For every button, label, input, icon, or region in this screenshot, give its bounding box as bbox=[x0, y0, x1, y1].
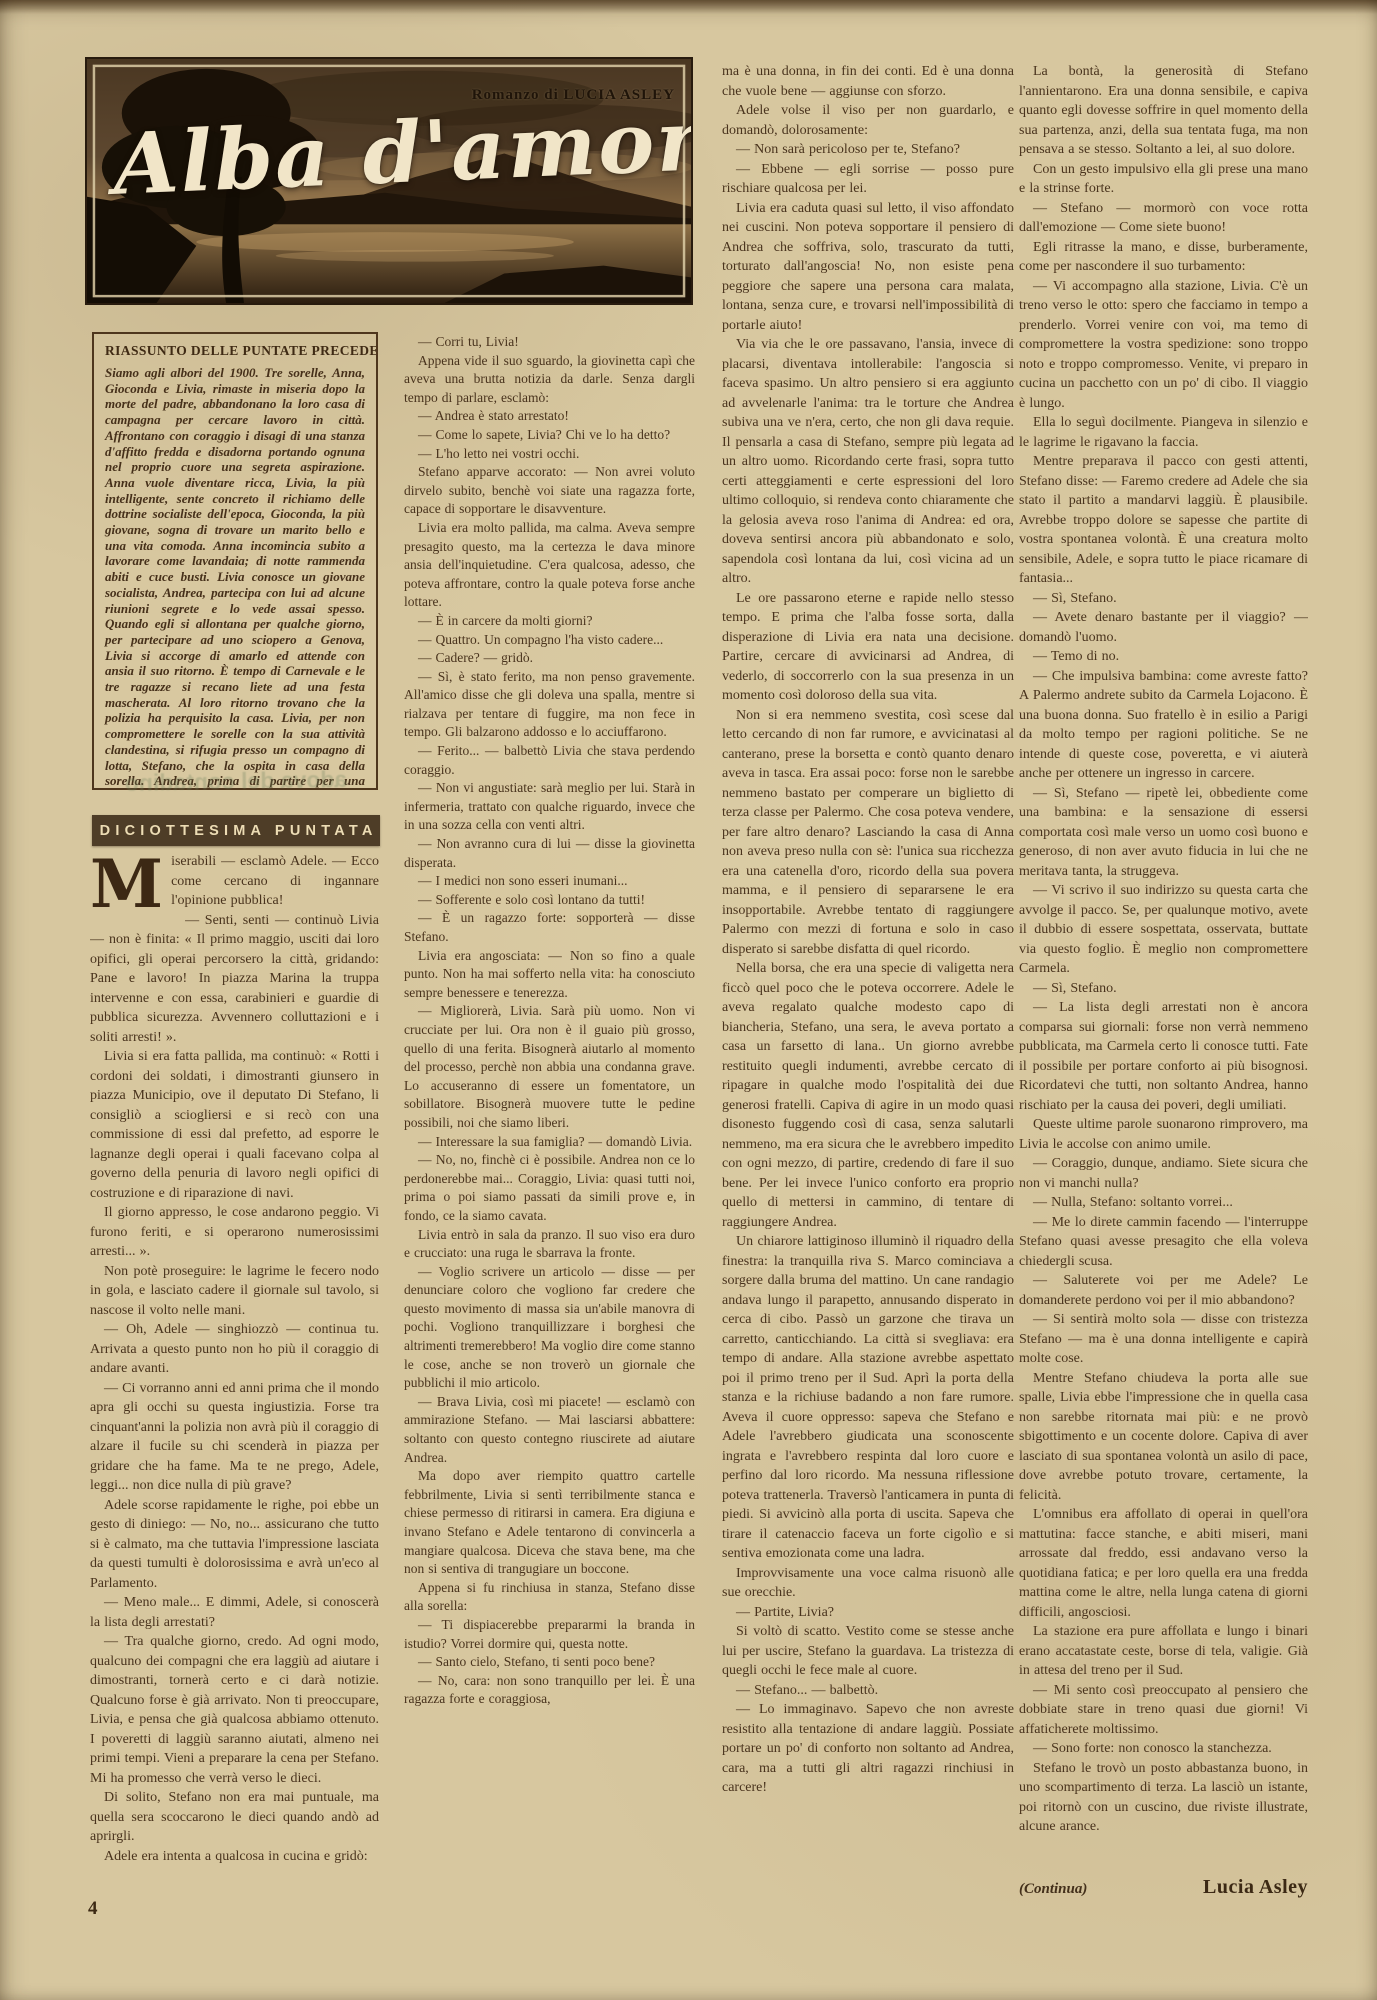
paragraph: — Sì, Stefano. bbox=[1019, 979, 1308, 999]
paragraph: Nella borsa, che era una specie di valig… bbox=[722, 959, 1014, 1232]
paragraph: Le ore passarono eterne e rapide nello s… bbox=[722, 589, 1014, 706]
paragraph: — Cadere? — gridò. bbox=[404, 649, 695, 668]
paragraph: — Oh, Adele — singhiozzò — continua tu. … bbox=[90, 1320, 379, 1379]
paragraph: — Ci vorranno anni ed anni prima che il … bbox=[90, 1379, 379, 1496]
paragraph: Livia si era fatta pallida, ma continuò:… bbox=[90, 1047, 379, 1203]
paragraph: Improvvisamente una voce calma risuonò a… bbox=[722, 1564, 1014, 1603]
paragraph: ma è una donna, in fin dei conti. Ed è u… bbox=[722, 62, 1014, 101]
paragraph: Stefano le trovò un posto abbastanza buo… bbox=[1019, 1759, 1308, 1837]
paragraph: — I medici non sono esseri inumani... bbox=[404, 872, 695, 891]
opening-text: iserabili — esclamò Adele. — Ecco come c… bbox=[171, 854, 379, 908]
opening-paragraph: Miserabili — esclamò Adele. — Ecco come … bbox=[90, 852, 379, 911]
paragraph: Mentre preparava il pacco con gesti atte… bbox=[1019, 452, 1308, 589]
paragraph: — L'ho letto nei vostri occhi. bbox=[404, 445, 695, 464]
paragraph: — Sì, Stefano. bbox=[1019, 589, 1308, 609]
paragraph: — Senti, senti — continuò Livia — non è … bbox=[90, 911, 379, 1048]
paragraph: Un chiarore lattiginoso illuminò il riqu… bbox=[722, 1232, 1014, 1564]
bleedthrough-text: adova del contadino bbox=[95, 766, 377, 798]
paragraph: Si voltò di scatto. Vestito come se stes… bbox=[722, 1622, 1014, 1681]
installment-label: DICIOTTESIMA PUNTATA bbox=[94, 823, 377, 839]
paragraph: Appena si fu rinchiusa in stanza, Stefan… bbox=[404, 1579, 695, 1616]
paragraph: — No, cara: non sono tranquillo per lei.… bbox=[404, 1672, 695, 1709]
page-number: 4 bbox=[88, 1898, 98, 1920]
paragraph: — Non sarà pericoloso per te, Stefano? bbox=[722, 140, 1014, 160]
paragraph: Via via che le ore passavano, l'ansia, i… bbox=[722, 335, 1014, 589]
paragraph: — Vi scrivo il suo indirizzo su questa c… bbox=[1019, 881, 1308, 979]
paragraph: Ella lo seguì docilmente. Piangeva in si… bbox=[1019, 413, 1308, 452]
paragraph: — Migliorerà, Livia. Sarà più uomo. Non … bbox=[404, 1002, 695, 1132]
paragraph: La bontà, la generosità di Stefano l'ann… bbox=[1019, 62, 1308, 160]
paragraph: — Interessare la sua famiglia? — domandò… bbox=[404, 1133, 695, 1152]
paragraph: — Sofferente e solo così lontano da tutt… bbox=[404, 891, 695, 910]
paragraph: Adele volse il viso per non guardarlo, e… bbox=[722, 101, 1014, 140]
paragraph: Adele era intenta a qualcosa in cucina e… bbox=[90, 1847, 379, 1867]
paragraph: — Stefano... — balbettò. bbox=[722, 1681, 1014, 1701]
paragraph: — Coraggio, dunque, andiamo. Siete sicur… bbox=[1019, 1154, 1308, 1193]
paragraph: Livia era angosciata: — Non so fino a qu… bbox=[404, 947, 695, 1003]
riassunto-title: RIASSUNTO DELLE PUNTATE PRECEDENTI bbox=[105, 343, 365, 359]
paragraph: Appena vide il suo sguardo, la giovinett… bbox=[404, 352, 695, 408]
paragraph: Queste ultime parole suonarono rimprover… bbox=[1019, 1115, 1308, 1154]
paragraph: — Si sentirà molto sola — disse con tris… bbox=[1019, 1310, 1308, 1369]
paragraph: — Santo cielo, Stefano, ti senti poco be… bbox=[404, 1653, 695, 1672]
paragraph: — Ferito... — balbettò Livia che stava p… bbox=[404, 742, 695, 779]
paragraph: — Meno male... E dimmi, Adele, si conosc… bbox=[90, 1593, 379, 1632]
paragraph: — Quattro. Un compagno l'ha visto cadere… bbox=[404, 631, 695, 650]
paragraph: — Brava Livia, così mi piacete! — esclam… bbox=[404, 1393, 695, 1467]
paragraph: — Lo immaginavo. Sapevo che non avreste … bbox=[722, 1700, 1014, 1798]
paragraph: — La lista degli arrestati non è ancora … bbox=[1019, 998, 1308, 1115]
magazine-page: Romanzo di LUCIA ASLEY Alba d'amore RIAS… bbox=[0, 0, 1377, 2000]
paragraph: — Vi accompagno alla stazione, Livia. C'… bbox=[1019, 277, 1308, 414]
paragraph: — Avete denaro bastante per il viaggio? … bbox=[1019, 608, 1308, 647]
dropcap-letter: M bbox=[90, 852, 171, 912]
paragraph: — Che impulsiva bambina: come avreste fa… bbox=[1019, 667, 1308, 784]
author-name: Lucia Asley bbox=[1203, 1876, 1308, 1899]
riassunto-body: Siamo agli albori del 1900. Tre sorelle,… bbox=[105, 365, 365, 790]
paragraph: — Me lo direte cammin facendo — l'interr… bbox=[1019, 1213, 1308, 1272]
paragraph: L'omnibus era affollato di operai in que… bbox=[1019, 1505, 1308, 1622]
paragraph: — Sì, è stato ferito, ma non penso grave… bbox=[404, 668, 695, 742]
paragraph: — Nulla, Stefano: soltanto vorrei... bbox=[1019, 1193, 1308, 1213]
paragraph: — Stefano — mormorò con voce rotta dall'… bbox=[1019, 199, 1308, 238]
paragraph: — Ti dispiacerebbe prepararmi la branda … bbox=[404, 1616, 695, 1653]
paragraph: Il giorno appresso, le cose andarono peg… bbox=[90, 1203, 379, 1262]
paragraph: Stefano apparve accorato: — Non avrei vo… bbox=[404, 463, 695, 519]
paragraph: Di solito, Stefano non era mai puntuale,… bbox=[90, 1788, 379, 1847]
riassunto-box: RIASSUNTO DELLE PUNTATE PRECEDENTI Siamo… bbox=[92, 332, 378, 790]
paragraph: — È un ragazzo forte: sopporterà — disse… bbox=[404, 909, 695, 946]
paragraph: Livia era caduta quasi sul letto, il vis… bbox=[722, 199, 1014, 336]
continua-label: (Continua) bbox=[1019, 1881, 1087, 1898]
installment-banner: DICIOTTESIMA PUNTATA bbox=[92, 815, 380, 846]
paragraph: — Come lo sapete, Livia? Chi ve lo ha de… bbox=[404, 426, 695, 445]
paragraph: — Voglio scrivere un articolo — disse — … bbox=[404, 1263, 695, 1393]
paragraph: — Ebbene — egli sorrise — posso pure ris… bbox=[722, 160, 1014, 199]
story-title: Alba d'amore bbox=[111, 95, 684, 211]
paragraph: — Sono forte: non conosco la stanchezza. bbox=[1019, 1739, 1308, 1759]
paragraph: — Partite, Livia? bbox=[722, 1603, 1014, 1623]
paragraph: Mentre Stefano chiudeva la porta alle su… bbox=[1019, 1369, 1308, 1506]
paragraph: Livia era molto pallida, ma calma. Aveva… bbox=[404, 519, 695, 612]
story-footer: (Continua) Lucia Asley bbox=[1019, 1876, 1308, 1899]
paragraph: — È in carcere da molti giorni? bbox=[404, 612, 695, 631]
story-column-4: La bontà, la generosità di Stefano l'ann… bbox=[1019, 62, 1308, 1862]
paragraph: — Andrea è stato arrestato! bbox=[404, 407, 695, 426]
paragraph: Non si era nemmeno svestita, così scese … bbox=[722, 706, 1014, 960]
paragraph: Egli ritrasse la mano, e disse, burberam… bbox=[1019, 238, 1308, 277]
paragraph: — Temo di no. bbox=[1019, 647, 1308, 667]
story-column-1: Miserabili — esclamò Adele. — Ecco come … bbox=[90, 852, 379, 1886]
paragraph: — Tra qualche giorno, credo. Ad ogni mod… bbox=[90, 1632, 379, 1788]
story-column-2: — Corri tu, Livia!Appena vide il suo sgu… bbox=[404, 333, 695, 1885]
paragraph: — Non avranno cura di lui — disse la gio… bbox=[404, 835, 695, 872]
paragraph: — Non vi angustiate: sarà meglio per lui… bbox=[404, 779, 695, 835]
paragraph: — Corri tu, Livia! bbox=[404, 333, 695, 352]
story-column-3: ma è una donna, in fin dei conti. Ed è u… bbox=[722, 62, 1014, 1894]
paragraph: — Saluterete voi per me Adele? Le domand… bbox=[1019, 1271, 1308, 1310]
header-photo: Romanzo di LUCIA ASLEY Alba d'amore bbox=[85, 57, 693, 305]
paragraph: Non potè proseguire: le lagrime le fecer… bbox=[90, 1262, 379, 1321]
paragraph: Adele scorse rapidamente le righe, poi e… bbox=[90, 1496, 379, 1594]
paragraph: — Mi sento così preoccupato al pensiero … bbox=[1019, 1681, 1308, 1740]
paragraph: — No, no, finchè ci è possibile. Andrea … bbox=[404, 1151, 695, 1225]
paragraph: — Sì, Stefano — ripetè lei, obbediente c… bbox=[1019, 784, 1308, 882]
column-1-paragraphs: — Senti, senti — continuò Livia — non è … bbox=[90, 911, 379, 1867]
paragraph: La stazione era pure affollata e lungo i… bbox=[1019, 1622, 1308, 1681]
paragraph: Con un gesto impulsivo ella gli prese un… bbox=[1019, 160, 1308, 199]
paragraph: Livia entrò in sala da pranzo. Il suo vi… bbox=[404, 1226, 695, 1263]
paragraph: Ma dopo aver riempito quattro cartelle f… bbox=[404, 1467, 695, 1579]
